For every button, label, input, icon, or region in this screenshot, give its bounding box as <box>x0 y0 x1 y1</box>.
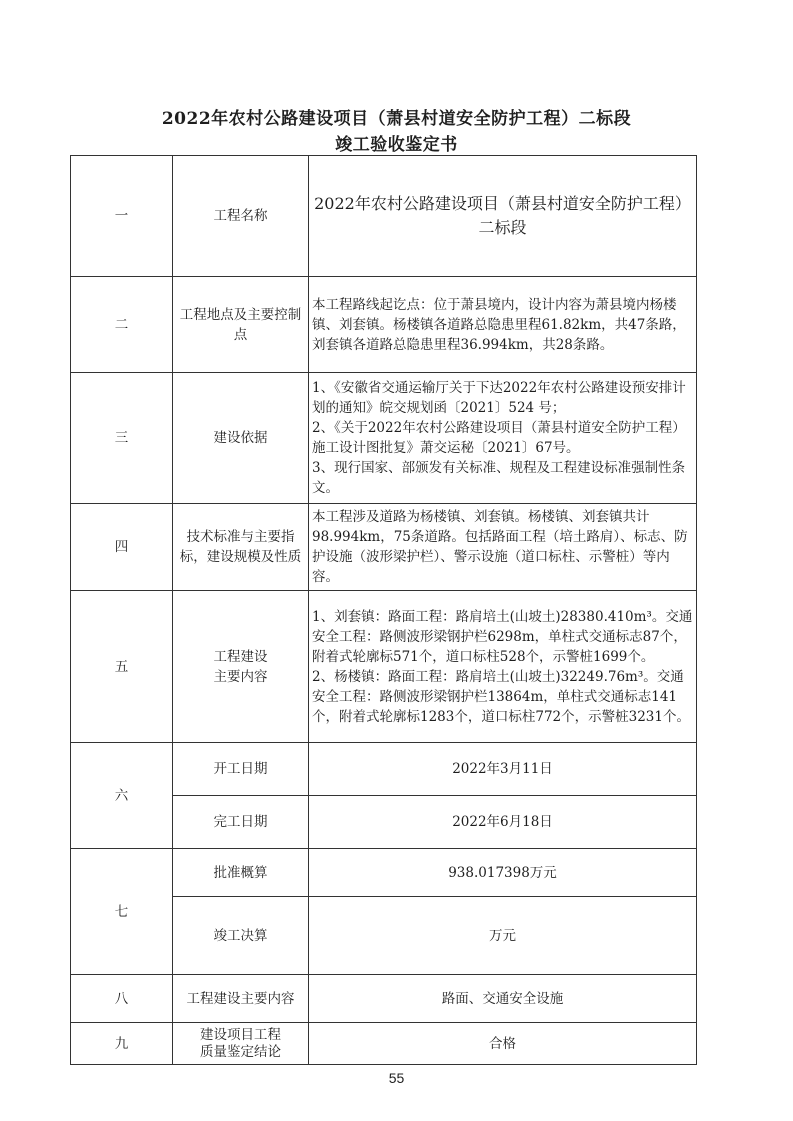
basis-item: 1、《安徽省交通运输厅关于下达2022年农村公路建设预安排计划的通知》皖交规划函… <box>312 378 693 418</box>
row-value: 2022年3月11日 <box>309 743 697 796</box>
table-row: 九 建设项目工程 质量鉴定结论 合格 <box>71 1023 697 1065</box>
acceptance-table: 一 工程名称 2022年农村公路建设项目（萧县村道安全防护工程）二标段 二 工程… <box>70 155 697 1065</box>
document-title: 2022年农村公路建设项目（萧县村道安全防护工程）二标段 <box>0 104 793 129</box>
row-label: 竣工决算 <box>173 897 309 975</box>
row-value: 1、《安徽省交通运输厅关于下达2022年农村公路建设预安排计划的通知》皖交规划函… <box>309 373 697 504</box>
row-label: 工程建设 主要内容 <box>173 591 309 743</box>
row-number: 九 <box>71 1023 173 1065</box>
page-number: 55 <box>0 1070 793 1086</box>
table-row: 一 工程名称 2022年农村公路建设项目（萧县村道安全防护工程）二标段 <box>71 156 697 277</box>
row-label: 技术标准与主要指标，建设规模及性质 <box>173 504 309 591</box>
row-label: 建设依据 <box>173 373 309 504</box>
row-value: 路面、交通安全设施 <box>309 975 697 1023</box>
table-row: 八 工程建设主要内容 路面、交通安全设施 <box>71 975 697 1023</box>
row-label: 开工日期 <box>173 743 309 796</box>
row-label: 建设项目工程 质量鉴定结论 <box>173 1023 309 1065</box>
row-value: 938.017398万元 <box>309 849 697 897</box>
row-label: 工程地点及主要控制点 <box>173 277 309 373</box>
row-value: 2022年农村公路建设项目（萧县村道安全防护工程）二标段 <box>309 156 697 277</box>
row-value: 万元 <box>309 897 697 975</box>
content-item: 2、杨楼镇：路面工程：路肩培土(山坡土)32249.76m³。交通安全工程：路侧… <box>312 667 693 727</box>
row-number: 八 <box>71 975 173 1023</box>
table-row: 四 技术标准与主要指标，建设规模及性质 本工程涉及道路为杨楼镇、刘套镇。杨楼镇、… <box>71 504 697 591</box>
row-value: 本工程路线起讫点：位于萧县境内，设计内容为萧县境内杨楼镇、刘套镇。杨楼镇各道路总… <box>309 277 697 373</box>
table-row: 六 开工日期 2022年3月11日 <box>71 743 697 796</box>
row-number: 四 <box>71 504 173 591</box>
table-row: 五 工程建设 主要内容 1、刘套镇：路面工程：路肩培土(山坡土)28380.41… <box>71 591 697 743</box>
basis-item: 2、《关于2022年农村公路建设项目（萧县村道安全防护工程）施工设计图批复》萧交… <box>312 418 693 458</box>
row-label: 工程建设主要内容 <box>173 975 309 1023</box>
row-number: 一 <box>71 156 173 277</box>
table-row: 二 工程地点及主要控制点 本工程路线起讫点：位于萧县境内，设计内容为萧县境内杨楼… <box>71 277 697 373</box>
row-number: 三 <box>71 373 173 504</box>
row-label: 完工日期 <box>173 796 309 849</box>
row-number: 七 <box>71 849 173 975</box>
row-value: 合格 <box>309 1023 697 1065</box>
row-number: 二 <box>71 277 173 373</box>
row-number: 六 <box>71 743 173 849</box>
table-row: 三 建设依据 1、《安徽省交通运输厅关于下达2022年农村公路建设预安排计划的通… <box>71 373 697 504</box>
row-number: 五 <box>71 591 173 743</box>
content-item: 1、刘套镇：路面工程：路肩培土(山坡土)28380.410m³。交通安全工程：路… <box>312 607 693 667</box>
row-value: 本工程涉及道路为杨楼镇、刘套镇。杨楼镇、刘套镇共计98.994km，75条道路。… <box>309 504 697 591</box>
row-value: 2022年6月18日 <box>309 796 697 849</box>
document-subtitle: 竣工验收鉴定书 <box>0 130 793 155</box>
table-row: 七 批准概算 938.017398万元 <box>71 849 697 897</box>
row-label: 批准概算 <box>173 849 309 897</box>
basis-item: 3、现行国家、部颁发有关标准、规程及工程建设标准强制性条文。 <box>312 458 693 498</box>
row-label: 工程名称 <box>173 156 309 277</box>
row-value: 1、刘套镇：路面工程：路肩培土(山坡土)28380.410m³。交通安全工程：路… <box>309 591 697 743</box>
